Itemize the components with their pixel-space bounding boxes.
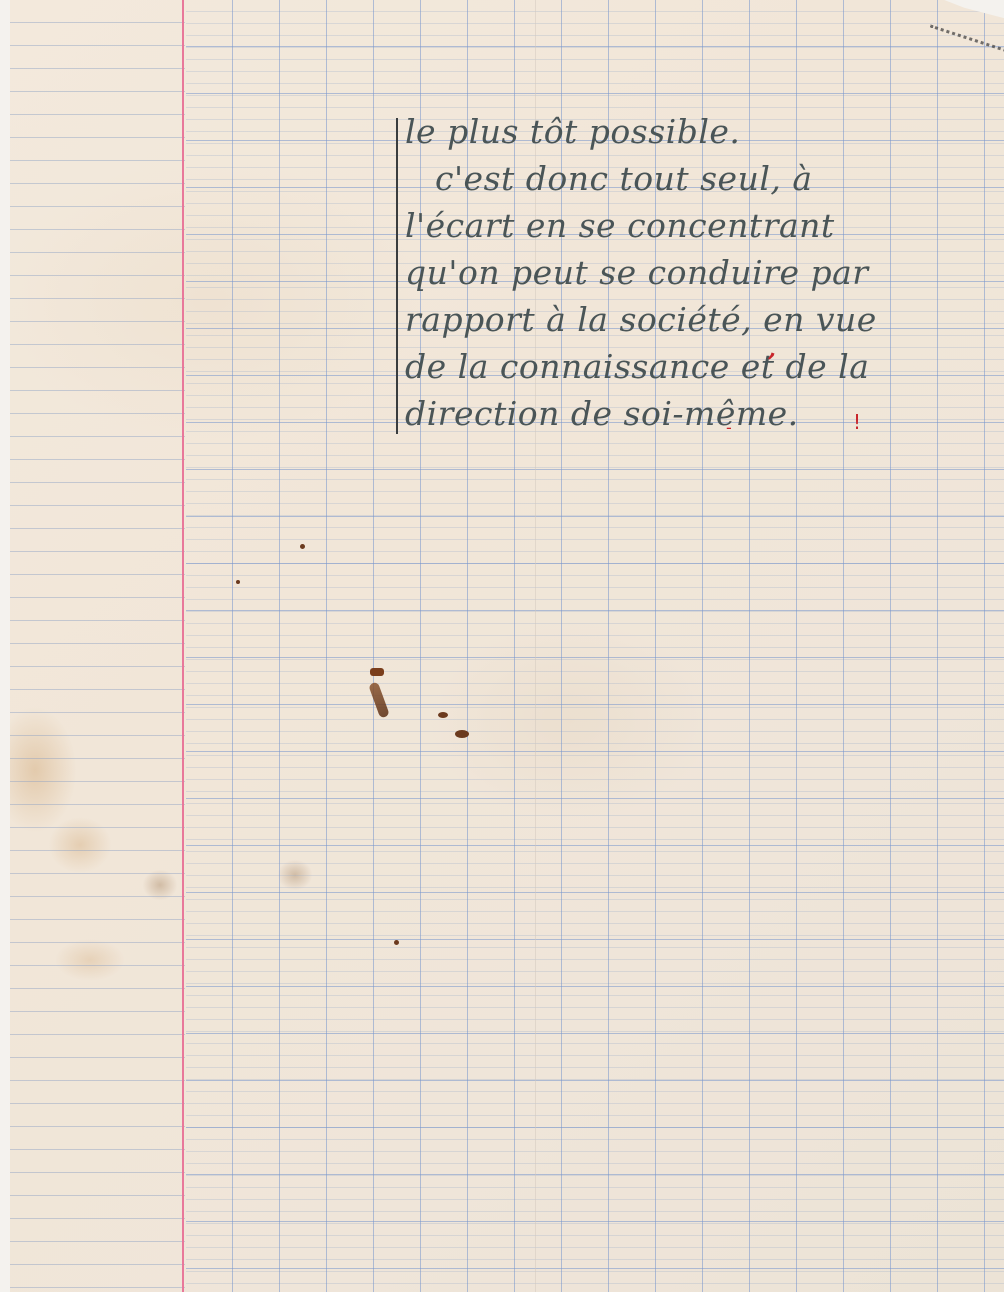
stain-dot — [455, 730, 469, 738]
margin-bracket-line — [396, 118, 398, 434]
stain-dot — [300, 544, 305, 549]
text-line-1: le plus tôt possible. — [405, 108, 985, 155]
red-exclamation-correction: ! — [853, 410, 861, 434]
text-line-6: de la connaissance et de la — [405, 343, 985, 390]
red-hyphen-correction: - — [726, 418, 732, 437]
ink-stain — [370, 668, 384, 676]
text-line-3: l'écart en se concentrant — [405, 202, 985, 249]
ruled-lines-left — [10, 0, 185, 1292]
text-line-7: direction de soi-même. — [405, 390, 985, 437]
handwritten-text: le plus tôt possible. c'est donc tout se… — [405, 108, 985, 437]
stain-dot — [236, 580, 240, 584]
text-line-5: rapport à la société, en vue — [405, 296, 985, 343]
stain-dot — [438, 712, 448, 718]
text-line-2: c'est donc tout seul, à — [405, 155, 985, 202]
text-line-4: qu'on peut se conduire par — [405, 249, 985, 296]
red-margin-line — [182, 0, 184, 1292]
stain-dot — [394, 940, 399, 945]
